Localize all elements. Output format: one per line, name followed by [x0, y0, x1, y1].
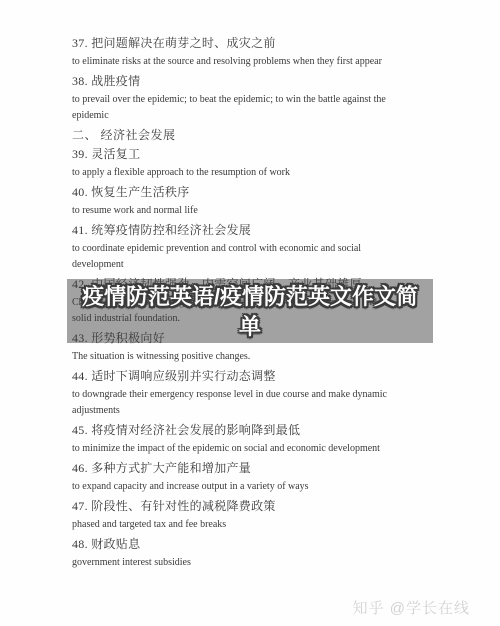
- term-english-translation: to coordinate epidemic prevention and co…: [72, 241, 460, 273]
- term-chinese: 37. 把问题解决在萌芽之时、成灾之前: [72, 35, 460, 51]
- term-english-translation: government interest subsidies: [72, 555, 460, 571]
- document-page: 37. 把问题解决在萌芽之时、成灾之前to eliminate risks at…: [0, 0, 500, 626]
- term-chinese: 45. 将疫情对经济社会发展的影响降到最低: [72, 422, 460, 438]
- term-chinese: 46. 多种方式扩大产能和增加产量: [72, 460, 460, 476]
- term-english-translation: The situation is witnessing positive cha…: [72, 349, 460, 365]
- term-chinese: 44. 适时下调响应级别并实行动态调整: [72, 368, 460, 384]
- term-english-translation: to eliminate risks at the source and res…: [72, 54, 460, 70]
- section-heading: 二、 经济社会发展: [72, 127, 460, 143]
- zhihu-source-watermark: 知乎 @学长在线: [353, 597, 470, 618]
- term-english-translation: phased and targeted tax and fee breaks: [72, 517, 460, 533]
- term-chinese: 47. 阶段性、有针对性的减税降费政策: [72, 498, 460, 514]
- term-chinese: 48. 财政贴息: [72, 536, 460, 552]
- term-chinese: 41. 统筹疫情防控和经济社会发展: [72, 222, 460, 238]
- term-chinese: 40. 恢复生产生活秩序: [72, 184, 460, 200]
- term-english-translation: to expand capacity and increase output i…: [72, 479, 460, 495]
- term-english-translation: to resume work and normal life: [72, 203, 460, 219]
- term-english-translation: to apply a flexible approach to the resu…: [72, 165, 460, 181]
- term-chinese: 38. 战胜疫情: [72, 73, 460, 89]
- term-chinese: 39. 灵活复工: [72, 146, 460, 162]
- term-english-translation: to minimize the impact of the epidemic o…: [72, 441, 460, 457]
- term-english-translation: to downgrade their emergency response le…: [72, 387, 460, 419]
- overlay-watermark-title: 疫情防范英语/疫情防范英文作文简单: [74, 282, 426, 342]
- term-english-translation: to prevail over the epidemic; to beat th…: [72, 92, 460, 124]
